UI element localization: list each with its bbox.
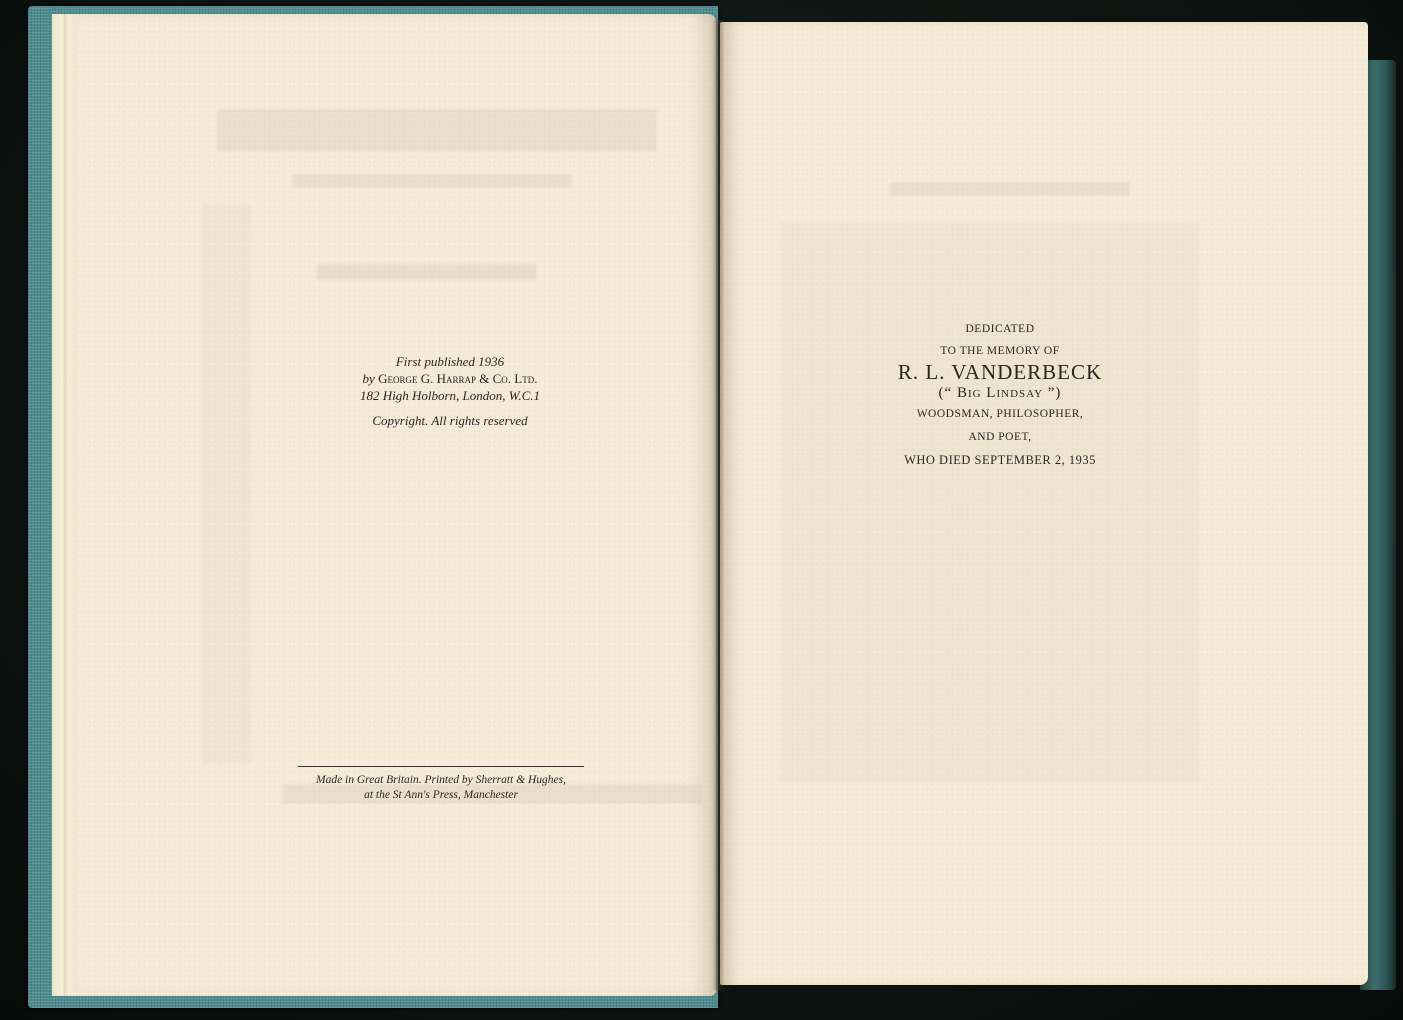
show-through-contents-heading	[890, 182, 1130, 196]
publisher-prefix: by	[363, 371, 379, 386]
printer-colophon: Made in Great Britain. Printed by Sherra…	[298, 766, 584, 803]
dedicatee-nickname: (“ Big Lindsay ”)	[858, 384, 1142, 402]
right-page	[720, 22, 1368, 985]
show-through-contents-list	[780, 222, 1200, 782]
imprint-block: First published 1936 by George G. Harrap…	[300, 353, 600, 429]
show-through-title	[217, 109, 657, 151]
show-through-author	[317, 264, 537, 280]
left-page	[52, 14, 716, 996]
dedication-heading: Dedicated	[858, 318, 1142, 340]
dedicatee-name: R. L. VANDERBECK	[858, 360, 1142, 384]
dedicatee-death-date: who died September 2, 1935	[858, 449, 1142, 471]
show-through-illustration	[202, 204, 252, 764]
dedicatee-occupation-cont: and poet,	[858, 426, 1142, 448]
dedication-memory-line: to the memory of	[858, 340, 1142, 362]
dedicatee-occupation: Woodsman, philosopher,	[858, 403, 1142, 425]
colophon-line-1: Made in Great Britain. Printed by Sherra…	[298, 773, 584, 788]
publisher-address: 182 High Holborn, London, W.C.1	[300, 387, 600, 404]
book-gutter	[712, 20, 724, 990]
copyright-notice: Copyright. All rights reserved	[300, 412, 600, 429]
colophon-line-2: at the St Ann's Press, Manchester	[298, 788, 584, 803]
dedication-block: Dedicated to the memory of R. L. VANDERB…	[858, 318, 1142, 471]
first-published-line: First published 1936	[300, 353, 600, 370]
show-through-subtitle	[292, 174, 572, 188]
publisher-name: George G. Harrap & Co. Ltd.	[378, 371, 537, 386]
left-page-stack-edge	[52, 14, 78, 996]
publisher-line: by George G. Harrap & Co. Ltd.	[300, 370, 600, 387]
